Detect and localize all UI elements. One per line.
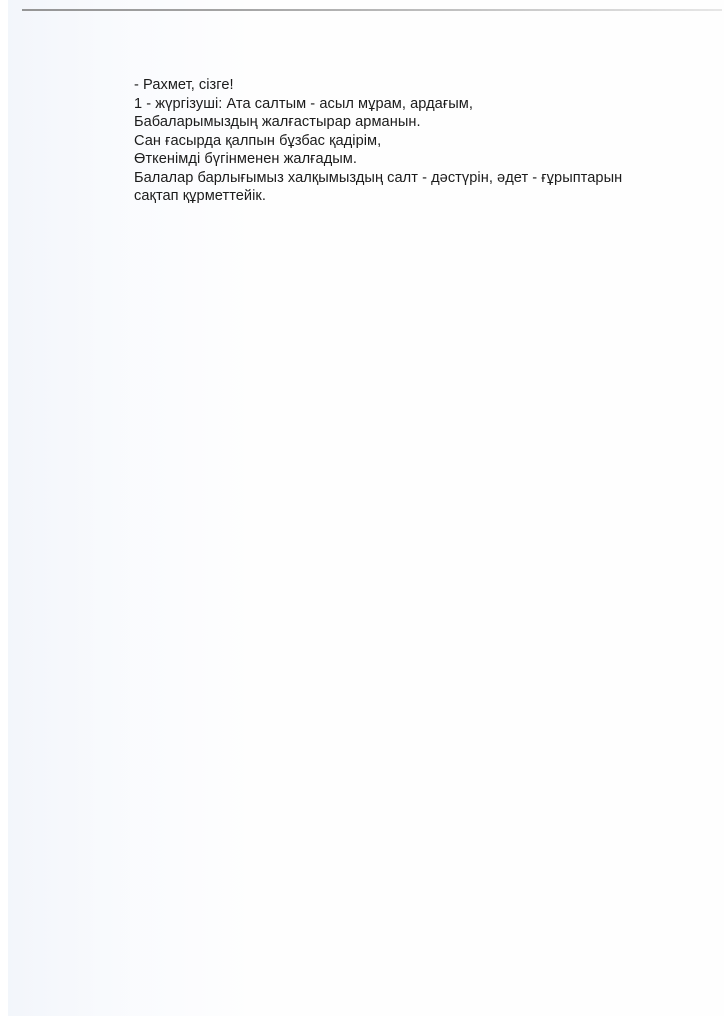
line-verse-3: Өткенімді бүгінменен жалғадым. bbox=[134, 150, 714, 169]
line-verse-2: Сан ғасырда қалпын бұзбас қадірім, bbox=[134, 132, 714, 151]
top-rule-line bbox=[22, 9, 722, 11]
line-closing-1: Балалар барлығымыз халқымыздың салт - дә… bbox=[134, 169, 714, 188]
scan-bottom-edge bbox=[0, 1016, 724, 1024]
line-closing-2: сақтап құрметтейік. bbox=[134, 187, 714, 206]
line-verse-1: Бабаларымыздың жалғастырар арманын. bbox=[134, 113, 714, 132]
scanned-page: - Рахмет, сізге! 1 - жүргізуші: Ата салт… bbox=[0, 0, 724, 1024]
line-thanks: - Рахмет, сізге! bbox=[134, 76, 714, 95]
scan-edge bbox=[0, 0, 8, 1024]
line-presenter-1: 1 - жүргізуші: Ата салтым - асыл мұрам, … bbox=[134, 95, 714, 114]
document-body: - Рахмет, сізге! 1 - жүргізуші: Ата салт… bbox=[134, 76, 714, 206]
